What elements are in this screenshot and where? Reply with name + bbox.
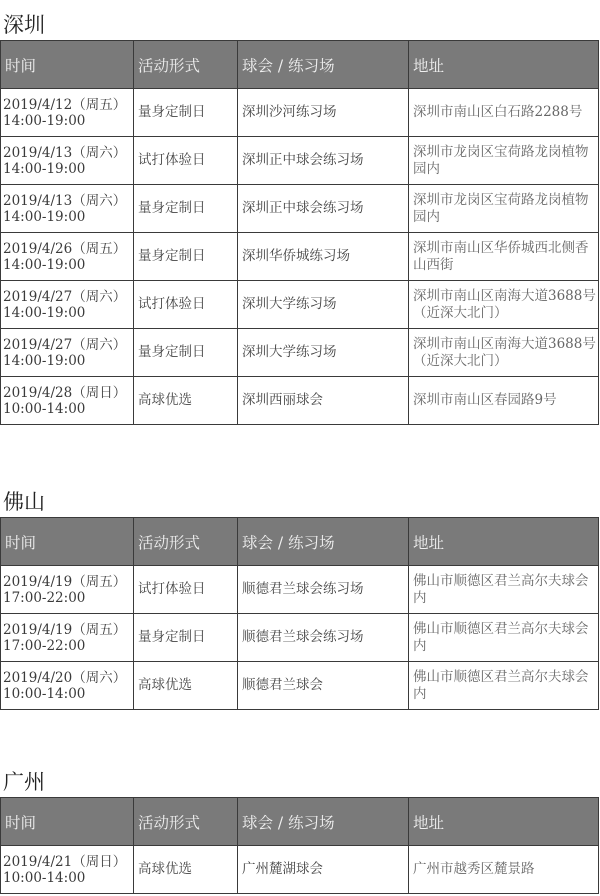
date-text: 2019/4/20（周六） [3, 670, 133, 686]
table-row: 2019/4/19（周五）17:00-22:00 试打体验日 顺德君兰球会练习场… [1, 566, 599, 614]
cell-venue: 深圳华侨城练习场 [238, 233, 409, 281]
address-line-2: 内 [413, 638, 598, 655]
time-text: 10:00-14:00 [3, 401, 133, 417]
table-row: 2019/4/12（周五）14:00-19:00 量身定制日 深圳沙河练习场 深… [1, 89, 599, 137]
header-time: 时间 [1, 41, 134, 89]
cell-address: 深圳市南山区白石路2288号 [409, 89, 599, 137]
cell-address: 佛山市顺德区君兰高尔夫球会内 [409, 614, 599, 662]
cell-venue: 顺德君兰球会 [238, 662, 409, 710]
cell-time: 2019/4/27（周六）14:00-19:00 [1, 329, 134, 377]
section-shenzhen: 深圳 时间 活动形式 球会 / 练习场 地址 2019/4/12（周五）14:0… [0, 10, 600, 425]
section-guangzhou: 广州 时间 活动形式 球会 / 练习场 地址 2019/4/21（周日）10:0… [0, 767, 600, 894]
address-line-1: 深圳市龙岗区宝荷路龙岗植物 [413, 144, 598, 161]
section-foshan: 佛山 时间 活动形式 球会 / 练习场 地址 2019/4/19（周五）17:0… [0, 487, 600, 710]
address-line-1: 佛山市顺德区君兰高尔夫球会 [413, 621, 598, 638]
time-text: 14:00-19:00 [3, 353, 133, 369]
cell-form: 量身定制日 [134, 89, 238, 137]
cell-time: 2019/4/19（周五）17:00-22:00 [1, 614, 134, 662]
cell-address: 广州市越秀区麓景路 [409, 846, 599, 894]
cell-time: 2019/4/27（周六）14:00-19:00 [1, 281, 134, 329]
address-line-2: 内 [413, 686, 598, 703]
address-line-2: 园内 [413, 161, 598, 178]
address-line-1: 深圳市南山区南海大道3688号 [413, 288, 598, 305]
date-text: 2019/4/26（周五） [3, 241, 133, 257]
table-row: 2019/4/27（周六）14:00-19:00 试打体验日 深圳大学练习场 深… [1, 281, 599, 329]
address-line-1: 深圳市南山区春园路9号 [413, 392, 598, 409]
cell-venue: 深圳大学练习场 [238, 329, 409, 377]
time-text: 14:00-19:00 [3, 305, 133, 321]
time-text: 10:00-14:00 [3, 870, 133, 886]
table-header-row: 时间 活动形式 球会 / 练习场 地址 [1, 518, 599, 566]
address-line-1: 深圳市南山区白石路2288号 [413, 104, 598, 121]
address-line-1: 佛山市顺德区君兰高尔夫球会 [413, 573, 598, 590]
address-line-1: 深圳市南山区南海大道3688号 [413, 336, 598, 353]
header-time: 时间 [1, 798, 134, 846]
date-text: 2019/4/19（周五） [3, 622, 133, 638]
cell-time: 2019/4/26（周五）14:00-19:00 [1, 233, 134, 281]
city-title: 广州 [0, 767, 600, 797]
cell-venue: 深圳正中球会练习场 [238, 185, 409, 233]
table-row: 2019/4/28（周日）10:00-14:00 高球优选 深圳西丽球会 深圳市… [1, 377, 599, 425]
cell-time: 2019/4/13（周六）14:00-19:00 [1, 137, 134, 185]
cell-form: 试打体验日 [134, 137, 238, 185]
date-text: 2019/4/27（周六） [3, 337, 133, 353]
cell-time: 2019/4/20（周六）10:00-14:00 [1, 662, 134, 710]
date-text: 2019/4/19（周五） [3, 574, 133, 590]
cell-address: 深圳市南山区春园路9号 [409, 377, 599, 425]
header-address: 地址 [409, 518, 599, 566]
cell-form: 量身定制日 [134, 185, 238, 233]
time-text: 17:00-22:00 [3, 638, 133, 654]
cell-time: 2019/4/12（周五）14:00-19:00 [1, 89, 134, 137]
header-activity-form: 活动形式 [134, 798, 238, 846]
time-text: 14:00-19:00 [3, 161, 133, 177]
schedule-table: 时间 活动形式 球会 / 练习场 地址 2019/4/19（周五）17:00-2… [0, 517, 599, 710]
cell-time: 2019/4/21（周日）10:00-14:00 [1, 846, 134, 894]
cell-time: 2019/4/19（周五）17:00-22:00 [1, 566, 134, 614]
table-row: 2019/4/13（周六）14:00-19:00 量身定制日 深圳正中球会练习场… [1, 185, 599, 233]
cell-address: 佛山市顺德区君兰高尔夫球会内 [409, 566, 599, 614]
cell-venue: 广州麓湖球会 [238, 846, 409, 894]
address-line-1: 深圳市龙岗区宝荷路龙岗植物 [413, 192, 598, 209]
city-title: 佛山 [0, 487, 600, 517]
date-text: 2019/4/12（周五） [3, 97, 133, 113]
time-text: 17:00-22:00 [3, 590, 133, 606]
date-text: 2019/4/21（周日） [3, 854, 133, 870]
header-address: 地址 [409, 798, 599, 846]
cell-venue: 深圳沙河练习场 [238, 89, 409, 137]
cell-venue: 深圳西丽球会 [238, 377, 409, 425]
header-time: 时间 [1, 518, 134, 566]
cell-form: 高球优选 [134, 377, 238, 425]
address-line-2: 园内 [413, 209, 598, 226]
header-venue: 球会 / 练习场 [238, 41, 409, 89]
schedule-table: 时间 活动形式 球会 / 练习场 地址 2019/4/12（周五）14:00-1… [0, 40, 599, 425]
cell-venue: 深圳正中球会练习场 [238, 137, 409, 185]
cell-form: 量身定制日 [134, 614, 238, 662]
cell-venue: 顺德君兰球会练习场 [238, 566, 409, 614]
cell-address: 深圳市南山区南海大道3688号（近深大北门） [409, 329, 599, 377]
table-row: 2019/4/26（周五）14:00-19:00 量身定制日 深圳华侨城练习场 … [1, 233, 599, 281]
header-address: 地址 [409, 41, 599, 89]
table-row: 2019/4/21（周日）10:00-14:00 高球优选 广州麓湖球会 广州市… [1, 846, 599, 894]
table-header-row: 时间 活动形式 球会 / 练习场 地址 [1, 41, 599, 89]
table-row: 2019/4/20（周六）10:00-14:00 高球优选 顺德君兰球会 佛山市… [1, 662, 599, 710]
time-text: 14:00-19:00 [3, 257, 133, 273]
cell-time: 2019/4/28（周日）10:00-14:00 [1, 377, 134, 425]
cell-time: 2019/4/13（周六）14:00-19:00 [1, 185, 134, 233]
cell-address: 深圳市南山区华侨城西北侧香山西街 [409, 233, 599, 281]
table-header-row: 时间 活动形式 球会 / 练习场 地址 [1, 798, 599, 846]
cell-form: 高球优选 [134, 846, 238, 894]
date-text: 2019/4/28（周日） [3, 385, 133, 401]
address-line-1: 佛山市顺德区君兰高尔夫球会 [413, 669, 598, 686]
cell-address: 深圳市南山区南海大道3688号（近深大北门） [409, 281, 599, 329]
address-line-1: 深圳市南山区华侨城西北侧香 [413, 240, 598, 257]
cell-form: 量身定制日 [134, 329, 238, 377]
address-line-1: 广州市越秀区麓景路 [413, 861, 598, 878]
address-line-2: （近深大北门） [413, 353, 598, 370]
address-line-2: 山西街 [413, 257, 598, 274]
address-line-2: （近深大北门） [413, 305, 598, 322]
cell-address: 深圳市龙岗区宝荷路龙岗植物园内 [409, 185, 599, 233]
time-text: 14:00-19:00 [3, 113, 133, 129]
cell-address: 深圳市龙岗区宝荷路龙岗植物园内 [409, 137, 599, 185]
schedule-table: 时间 活动形式 球会 / 练习场 地址 2019/4/21（周日）10:00-1… [0, 797, 599, 894]
table-row: 2019/4/27（周六）14:00-19:00 量身定制日 深圳大学练习场 深… [1, 329, 599, 377]
table-row: 2019/4/19（周五）17:00-22:00 量身定制日 顺德君兰球会练习场… [1, 614, 599, 662]
city-title: 深圳 [0, 10, 600, 40]
header-activity-form: 活动形式 [134, 41, 238, 89]
cell-form: 试打体验日 [134, 281, 238, 329]
date-text: 2019/4/13（周六） [3, 193, 133, 209]
date-text: 2019/4/13（周六） [3, 145, 133, 161]
time-text: 10:00-14:00 [3, 686, 133, 702]
address-line-2: 内 [413, 590, 598, 607]
cell-form: 量身定制日 [134, 233, 238, 281]
date-text: 2019/4/27（周六） [3, 289, 133, 305]
cell-address: 佛山市顺德区君兰高尔夫球会内 [409, 662, 599, 710]
table-row: 2019/4/13（周六）14:00-19:00 试打体验日 深圳正中球会练习场… [1, 137, 599, 185]
time-text: 14:00-19:00 [3, 209, 133, 225]
cell-venue: 顺德君兰球会练习场 [238, 614, 409, 662]
cell-form: 高球优选 [134, 662, 238, 710]
header-venue: 球会 / 练习场 [238, 518, 409, 566]
cell-venue: 深圳大学练习场 [238, 281, 409, 329]
header-activity-form: 活动形式 [134, 518, 238, 566]
cell-form: 试打体验日 [134, 566, 238, 614]
header-venue: 球会 / 练习场 [238, 798, 409, 846]
